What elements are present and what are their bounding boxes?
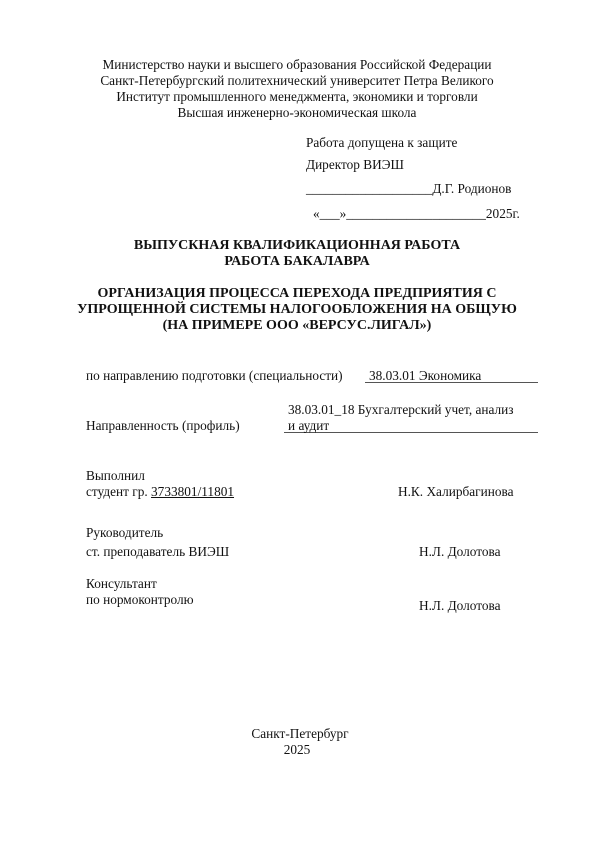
university-line: Санкт-Петербургский политехнический унив… [0, 73, 594, 89]
student-group: 3733801/11801 [151, 484, 234, 499]
open-quote: « [313, 206, 320, 221]
consultant-label: Консультант [86, 576, 157, 592]
profile-field: и аудит [284, 418, 538, 433]
school-line: Высшая инженерно-экономическая школа [0, 105, 594, 121]
topic-line3: (НА ПРИМЕРЕ ООО «ВЕРСУС.ЛИГАЛ») [0, 318, 594, 334]
student-group-row: студент гр. 3733801/11801 [86, 484, 234, 500]
signature-line: ___________________ [306, 181, 432, 196]
approval-year: 2025г. [486, 206, 520, 221]
student-prefix: студент гр. [86, 484, 151, 499]
student-name: Н.К. Халирбагинова [398, 484, 513, 500]
profile-value-line2: и аудит [288, 418, 329, 433]
day-blank: ___ [320, 206, 340, 221]
approval-date-row: «___»_____________________2025г. [313, 206, 520, 222]
month-blank: _____________________ [346, 206, 486, 221]
admitted-text: Работа допущена к защите [306, 135, 457, 151]
footer-city: Санкт-Петербург [3, 726, 594, 742]
direction-field: 38.03.01 Экономика [365, 368, 538, 383]
director-name: Д.Г. Родионов [432, 181, 511, 196]
performed-label: Выполнил [86, 468, 145, 484]
institute-line: Институт промышленного менеджмента, экон… [0, 89, 594, 105]
director-position: Директор ВИЭШ [306, 157, 404, 173]
direction-label: по направлению подготовки (специальности… [86, 368, 343, 384]
consultant-name: Н.Л. Долотова [419, 598, 501, 614]
direction-value: 38.03.01 Экономика [369, 368, 481, 383]
ministry-line: Министерство науки и высшего образования… [0, 57, 594, 73]
work-type-line1: ВЫПУСКНАЯ КВАЛИФИКАЦИОННАЯ РАБОТА [0, 238, 594, 254]
topic-line1: ОРГАНИЗАЦИЯ ПРОЦЕССА ПЕРЕХОДА ПРЕДПРИЯТИ… [0, 286, 594, 302]
supervisor-label: Руководитель [86, 525, 163, 541]
supervisor-name: Н.Л. Долотова [419, 544, 501, 560]
footer-year: 2025 [0, 742, 594, 758]
supervisor-position: ст. преподаватель ВИЭШ [86, 544, 229, 560]
profile-label: Направленность (профиль) [86, 418, 240, 434]
work-type-line2: РАБОТА БАКАЛАВРА [0, 254, 594, 270]
consultant-area: по нормоконтролю [86, 592, 194, 608]
director-signature-row: ___________________Д.Г. Родионов [306, 181, 511, 197]
topic-line2: УПРОЩЕННОЙ СИСТЕМЫ НАЛОГООБЛОЖЕНИЯ НА ОБ… [0, 302, 594, 318]
profile-value-line1: 38.03.01_18 Бухгалтерский учет, анализ [288, 402, 514, 418]
